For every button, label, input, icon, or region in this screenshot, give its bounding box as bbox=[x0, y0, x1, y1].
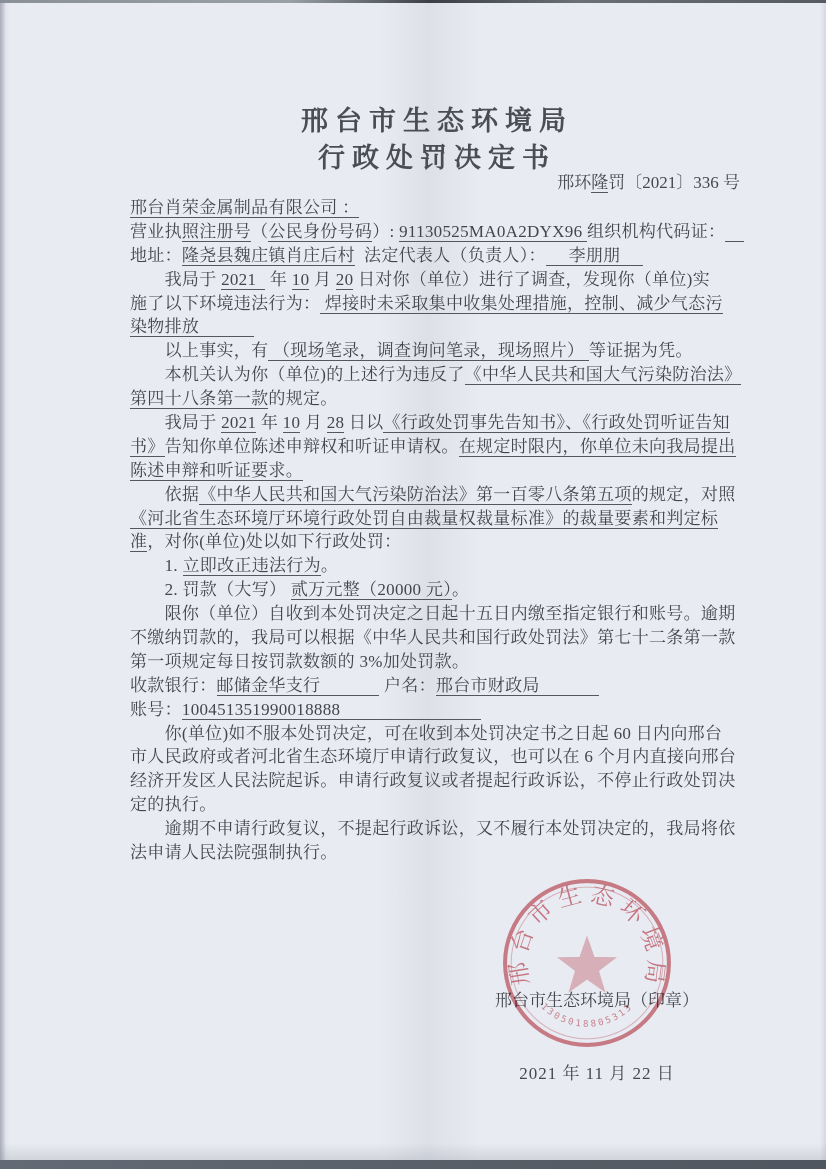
body-line-26: 逾期不申请行政复议，不提起行政诉讼，又不履行本处罚决定的，我局将依 bbox=[130, 817, 750, 841]
text-run: 法定代表人（负责人）： bbox=[364, 246, 546, 265]
body-line-6: 以上事实，有 （现场笔录，调查询问笔录，现场照片） 等证据为凭。 bbox=[130, 339, 750, 363]
body-line-7: 本机关认为你（单位)的上述行为违反了《中华人民共和国大气污染防治法》 bbox=[130, 363, 750, 387]
body-line-8: 第四十八条第一款的规定。 bbox=[130, 387, 750, 411]
body-line-27: 法申请人民法院强制执行。 bbox=[130, 841, 750, 865]
filled-blank: 在规定时限内，你单位未向我局提出 bbox=[459, 437, 736, 457]
body-line-0: 邢台肖荣金属制品有限公司 ： bbox=[130, 196, 750, 220]
text-run: 日对你（单位）进行了调查，发现你（单位)实 bbox=[353, 270, 710, 289]
text-run: 依据 bbox=[130, 485, 199, 504]
document-number-prefix: 邢环 bbox=[557, 173, 591, 192]
filled-blank: 第四十八条第一款 bbox=[130, 389, 268, 409]
text-run: 限你（单位）自收到本处罚决定之日起十五日内缴至指定银行和账号。逾期 bbox=[130, 604, 736, 623]
body-line-4: 施了以下环境违法行为： 焊接时未采取集中收集处理措施，控制、减少气态污 bbox=[130, 292, 750, 316]
text-run: （ bbox=[251, 222, 268, 241]
text-run: 月 bbox=[309, 270, 335, 289]
filled-blank: 照注册号 bbox=[182, 222, 251, 242]
text-run: ）: bbox=[372, 222, 399, 241]
text-run: 的规定。 bbox=[268, 389, 337, 408]
filled-blank: 10 bbox=[283, 413, 301, 433]
text-run: 我局于 bbox=[130, 413, 221, 432]
filled-blank: 邢台市财政局 bbox=[436, 676, 599, 696]
text-run: 年 bbox=[256, 413, 282, 432]
filled-blank: 2021 bbox=[221, 413, 256, 433]
official-seal-stamp: 邢台市生态环境局 1305018805313 bbox=[498, 874, 676, 1052]
text-run: 你(单位)如不服本处罚决定，可在收到本处罚决定书之日起 60 日内向邢台 bbox=[130, 724, 722, 743]
text-run: 以上事实，有 bbox=[130, 341, 268, 360]
body-line-1: 营业执照注册号（公民身份号码）: 91130525MA0A2DYX96 组织机构… bbox=[130, 220, 750, 244]
text-run: 逾期不申请行政复议，不提起行政诉讼，又不履行本处罚决定的，我局将依 bbox=[130, 819, 736, 838]
text-run: ，对你(单位)处以如下行政处罚： bbox=[147, 532, 401, 551]
document-number: 邢环隆罚〔2021〕336 号 bbox=[130, 168, 740, 193]
text-run: 户名： bbox=[379, 676, 435, 695]
filled-blank: 染物排放 bbox=[130, 317, 199, 337]
text-run: 。 bbox=[321, 556, 338, 575]
filled-blank: （现场笔录，调查询问笔录，现场照片） bbox=[268, 341, 589, 361]
body-line-21: 账号：100451351990018888 bbox=[130, 698, 750, 722]
filled-blank: 李朋朋 bbox=[546, 246, 643, 266]
body-line-16: 2. 罚款（大写） 贰万元整（20000 元）。 bbox=[130, 578, 750, 602]
body-line-15: 1. 立即改正违法行为。 bbox=[130, 554, 750, 578]
text-run: 定的执行。 bbox=[130, 795, 217, 814]
document-number-underlined-char: 隆 bbox=[591, 173, 608, 193]
body-line-3: 我局于 2021 年 10 月 20 日对你（单位）进行了调查，发现你（单位)实 bbox=[130, 268, 750, 292]
text-run: 我局于 bbox=[130, 270, 221, 289]
text-run: 不缴纳罚款的，我局可以根据《中华人民共和国行政处罚法》第七十二条第一款 bbox=[130, 628, 736, 647]
filled-blank: 焊接时未采取集中收集处理措施，控制、减少气态污 bbox=[320, 294, 722, 314]
text-run: 的规定，对照 bbox=[632, 485, 736, 504]
scanned-document-page: 邢台市生态环境局 行政处罚决定书 邢环隆罚〔2021〕336 号 邢台肖荣金属制… bbox=[0, 0, 826, 1169]
text-run: 施了以下环境违法行为： bbox=[130, 294, 320, 313]
body-line-9: 我局于 2021 年 10 月 28 日以《行政处罚事先告知书》、《行政处罚听证… bbox=[130, 411, 750, 435]
text-run: 。 bbox=[452, 580, 469, 599]
filled-blank: 《河北省生态环境厅环境行政处罚自由裁量权裁量标准》的裁量要素和判定标 bbox=[130, 509, 718, 529]
body-line-13: 《河北省生态环境厅环境行政处罚自由裁量权裁量标准》的裁量要素和判定标 bbox=[130, 507, 750, 531]
text-run: 等证据为凭。 bbox=[589, 341, 693, 360]
text-run: 营业执 bbox=[130, 222, 182, 241]
filled-blank: 《中华人民共和国大气污染防治法》 bbox=[465, 365, 742, 385]
filled-blank bbox=[199, 317, 254, 337]
text-run: 年 bbox=[265, 270, 291, 289]
filled-blank: 书》 bbox=[130, 437, 165, 457]
svg-text:1305018805313: 1305018805313 bbox=[539, 1002, 636, 1030]
text-run: 收款银行： bbox=[130, 676, 217, 695]
filled-blank: 100451351990018888 bbox=[182, 700, 481, 720]
text-run: 账号： bbox=[130, 700, 182, 719]
text-run: 市人民政府或者河北省生态环境厅申请行政复议，也可以在 6 个月内直接向邢台 bbox=[130, 747, 736, 766]
text-run: 法申请人民法院强制执行。 bbox=[130, 843, 338, 862]
filled-blank: 邮储金华支行 bbox=[217, 676, 380, 696]
document-body: 邢台肖荣金属制品有限公司 ：营业执照注册号（公民身份号码）: 91130525M… bbox=[130, 196, 750, 865]
body-line-17: 限你（单位）自收到本处罚决定之日起十五日内缴至指定银行和账号。逾期 bbox=[130, 602, 750, 626]
body-line-2: 地址：隆尧县魏庄镇肖庄后村 法定代表人（负责人）： 李朋朋 bbox=[130, 244, 750, 268]
body-line-5: 染物排放 bbox=[130, 315, 750, 339]
seal-code-number: 1305018805313 bbox=[539, 1002, 636, 1030]
body-line-12: 依据《中华人民共和国大气污染防治法》第一百零八条第五项的规定，对照 bbox=[130, 483, 750, 507]
body-line-22: 你(单位)如不服本处罚决定，可在收到本处罚决定书之日起 60 日内向邢台 bbox=[130, 722, 750, 746]
filled-blank: 10 bbox=[292, 270, 310, 290]
text-run: 日以 bbox=[344, 413, 383, 432]
body-line-19: 第一项规定每日按罚款数额的 3%加处罚款。 bbox=[130, 650, 750, 674]
filled-blank: 28 bbox=[327, 413, 345, 433]
filled-blank: 陈述申辩和听证要求。 bbox=[130, 461, 303, 481]
body-line-14: 准，对你(单位)处以如下行政处罚： bbox=[130, 530, 750, 554]
body-line-23: 市人民政府或者河北省生态环境厅申请行政复议，也可以在 6 个月内直接向邢台 bbox=[130, 745, 750, 769]
seal-star-icon bbox=[558, 937, 616, 992]
filled-blank: 91130525MA0A2DYX96 bbox=[399, 222, 587, 242]
document-number-suffix: 罚〔2021〕336 号 bbox=[608, 173, 740, 192]
date-line: 2021 年 11 月 22 日 bbox=[490, 1059, 704, 1084]
filled-blank: 《行政处罚事先告知书》、《行政处罚听证告知 bbox=[383, 413, 729, 433]
filled-blank bbox=[725, 222, 743, 242]
text-run: 组织机构代码证： bbox=[587, 222, 725, 241]
filled-blank: 贰万元整（20000 元） bbox=[291, 580, 452, 600]
filled-blank: 邢台肖荣金属制品有限公司 ： bbox=[130, 198, 359, 218]
text-run: 2. 罚款（大写） bbox=[130, 580, 291, 599]
filled-blank: 公民身份号码 bbox=[268, 222, 372, 242]
body-line-11: 陈述申辩和听证要求。 bbox=[130, 459, 750, 483]
filled-blank: 《中华人民共和国大气污染防治法》第一百零八条第五项 bbox=[199, 485, 632, 505]
filled-blank: 准 bbox=[130, 532, 147, 552]
filled-blank: 隆尧县魏庄镇肖庄后村 bbox=[182, 246, 355, 266]
filled-blank: 20 bbox=[336, 270, 354, 290]
body-line-18: 不缴纳罚款的，我局可以根据《中华人民共和国行政处罚法》第七十二条第一款 bbox=[130, 626, 750, 650]
body-line-25: 定的执行。 bbox=[130, 793, 750, 817]
text-run: 经济开发区人民法院起诉。申请行政复议或者提起行政诉讼，不停止行政处罚决 bbox=[130, 771, 736, 790]
document-title-line1: 邢台市生态环境局 bbox=[130, 99, 744, 138]
text-run: 本机关认为你（单位)的上述行为违反了 bbox=[130, 365, 465, 384]
scan-edge-top bbox=[0, 0, 826, 3]
filled-blank: 2021 bbox=[221, 270, 265, 290]
text-run bbox=[355, 246, 364, 265]
scan-edge-bottom bbox=[0, 1160, 826, 1169]
filled-blank: 立即改正违法行为 bbox=[183, 556, 321, 576]
text-run: 1. bbox=[130, 556, 183, 575]
scan-edge-left bbox=[0, 0, 6, 1169]
body-line-24: 经济开发区人民法院起诉。申请行政复议或者提起行政诉讼，不停止行政处罚决 bbox=[130, 769, 750, 793]
body-line-20: 收款银行：邮储金华支行 户名：邢台市财政局 bbox=[130, 674, 750, 698]
text-run: 第一项规定每日按罚款数额的 3%加处罚款。 bbox=[130, 652, 469, 671]
text-run: 告知你单位陈述申辩权和听证申请权。 bbox=[165, 437, 459, 456]
text-run: 月 bbox=[300, 413, 326, 432]
text-run: 地址： bbox=[130, 246, 182, 265]
body-line-10: 书》告知你单位陈述申辩权和听证申请权。在规定时限内，你单位未向我局提出 bbox=[130, 435, 750, 459]
